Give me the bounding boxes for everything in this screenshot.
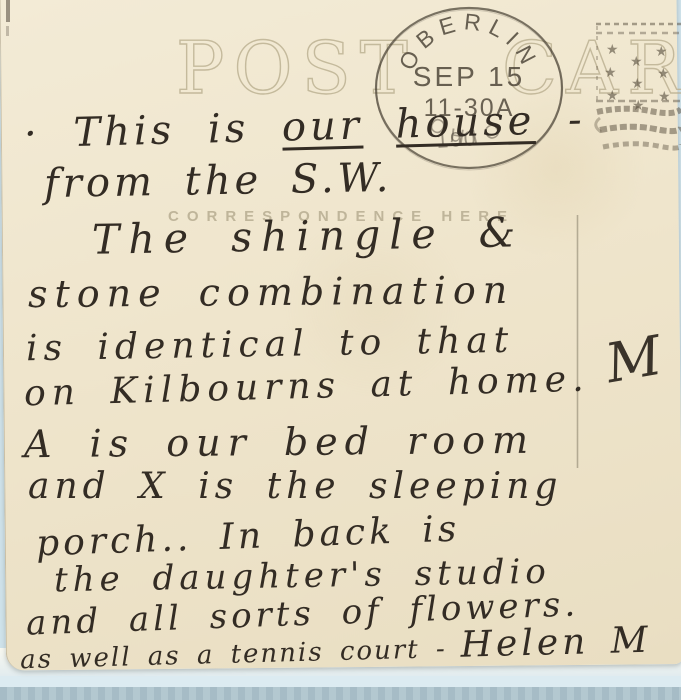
handwriting-line: stone combination bbox=[28, 268, 515, 316]
scan-background-dark-band bbox=[0, 687, 681, 700]
handwriting-underlined-word: our bbox=[281, 102, 363, 150]
handwriting-line: A is our bed room bbox=[24, 418, 535, 466]
card-edge-mark bbox=[6, 0, 10, 22]
postcard-scan: POST CARD CORRESPONDENCE HERE OBERLIN SE… bbox=[0, 0, 681, 700]
card-edge-mark bbox=[6, 26, 9, 36]
handwriting-text: - bbox=[535, 97, 586, 144]
handwriting-line: The shingle & bbox=[92, 208, 525, 264]
handwriting-line: from the S.W. bbox=[44, 155, 393, 207]
signature: Helen M bbox=[460, 620, 652, 666]
handwriting-text: · This is bbox=[23, 105, 282, 158]
address-first-letter: M bbox=[601, 324, 666, 396]
handwriting-space bbox=[362, 102, 396, 149]
embossed-post-text: POST bbox=[176, 26, 417, 110]
handwriting-line: and X is the sleeping bbox=[28, 466, 562, 507]
handwriting-underlined-word: house bbox=[395, 98, 536, 148]
